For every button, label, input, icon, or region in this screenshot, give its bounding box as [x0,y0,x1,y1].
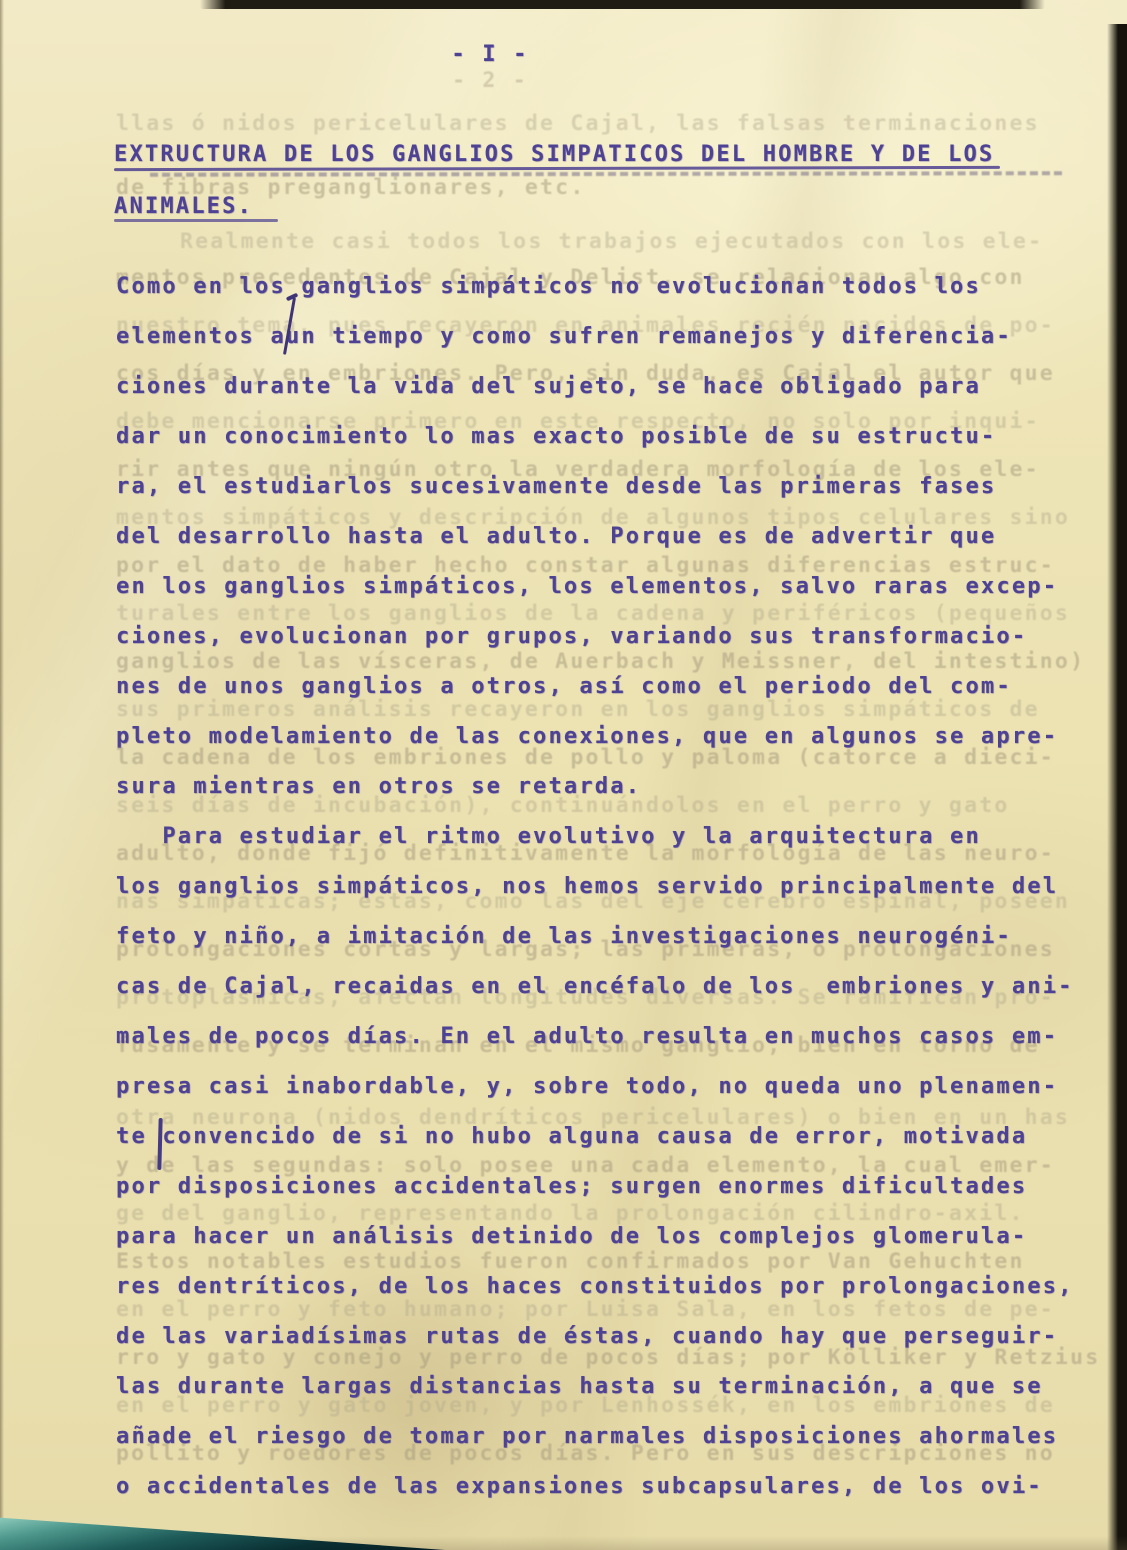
scan-edge-left [0,0,4,1550]
scanned-document: llas ó nidos pericelulares de Cajal, las… [0,0,1127,1550]
title-line-2: ANIMALES. [114,182,253,232]
paragraph-one: Como en los ganglios simpáticos no evolu… [116,262,1076,812]
ghost-text-line: Realmente casi todos los trabajos ejecut… [180,230,1043,254]
page-number: - I - [400,30,580,80]
paragraph-two: Para estudiar el ritmo evolutivo y la ar… [116,812,1076,1512]
scan-edge-right [1107,24,1127,1550]
document-page: llas ó nidos pericelulares de Cajal, las… [0,0,1127,1550]
scan-corner-artifact [0,1514,445,1550]
scan-edge-top [200,0,1045,9]
subtitle-underline [114,219,278,222]
